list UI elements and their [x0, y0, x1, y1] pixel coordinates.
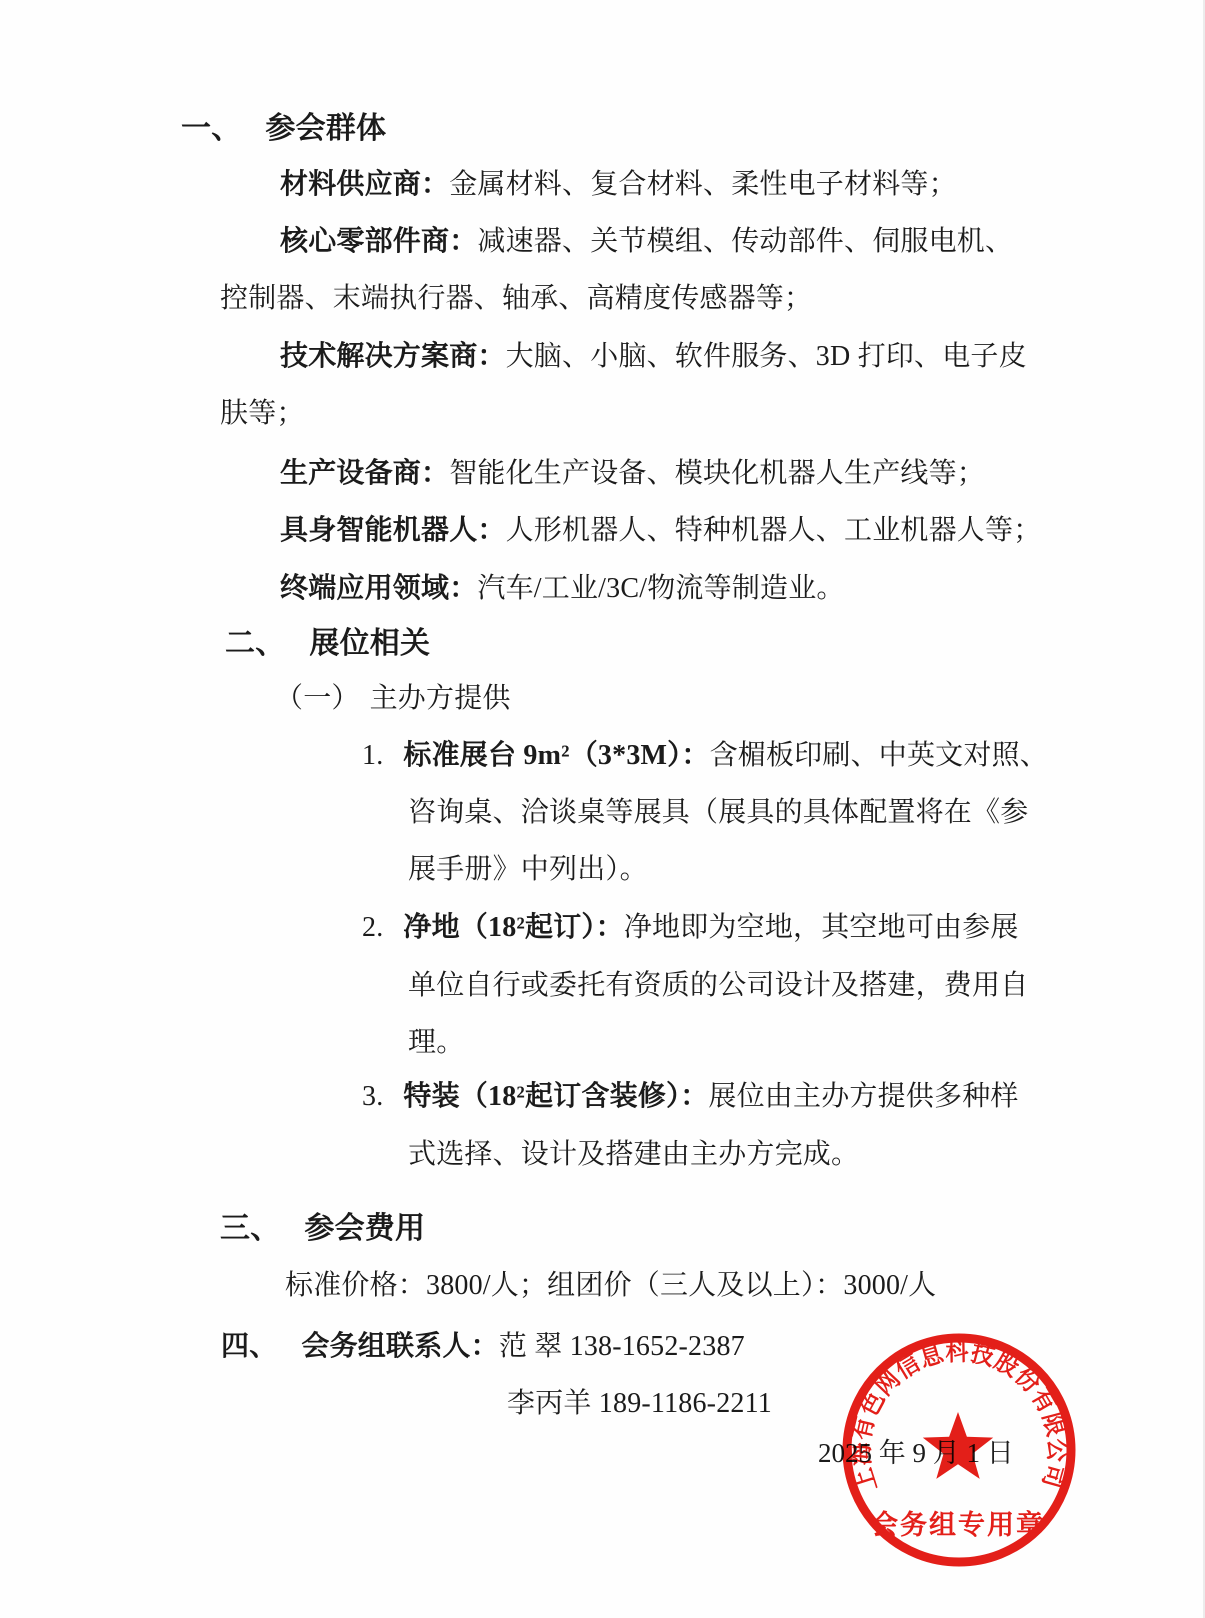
text-segment: 标准价格：3800/人；组团价（三人及以上）：3000/人: [285, 1270, 936, 1301]
booth-item-1-line-3: 展手册》中列出）。: [408, 855, 648, 884]
date-line: 2025 年 9 月 1 日: [818, 1440, 1014, 1467]
text-segment: 金属材料、复合材料、柔性电子材料等；: [449, 169, 957, 200]
booth-item-3-line-1: 3.特装（18²起订含装修）：展位由主办方提供多种样: [362, 1082, 1019, 1111]
text-segment: 参会群体: [265, 112, 386, 145]
organizer-provides-heading: （一）主办方提供: [275, 684, 511, 713]
text-segment: 展位由主办方提供多种样: [708, 1081, 1018, 1112]
end-application-line: 终端应用领域：汽车/工业/3C/物流等制造业。: [280, 574, 845, 603]
text-segment: 主办方提供: [370, 683, 511, 714]
text-segment: 单位自行或委托有资质的公司设计及搭建，费用自: [408, 970, 1028, 1001]
booth-item-2-line-3: 理。: [408, 1028, 464, 1057]
stamp-company-arc-text: 上海有色网信息科技股份有限公司: [846, 1337, 1072, 1496]
text-segment: 四、: [221, 1331, 277, 1362]
text-segment: 标准展台 9m²（3*3M）：: [403, 740, 709, 771]
section-3-heading: 三、参会费用: [220, 1213, 425, 1245]
core-components-line-1: 核心零部件商：减速器、关节模组、传动部件、伺服电机、: [280, 227, 1013, 256]
text-segment: 会务组联系人：: [301, 1331, 498, 1362]
text-segment: 核心零部件商：: [280, 226, 477, 257]
text-segment: 理。: [408, 1027, 464, 1058]
text-segment: 终端应用领域：: [280, 573, 477, 604]
text-segment: 肤等；: [220, 398, 305, 429]
text-segment: 三、: [220, 1212, 280, 1245]
booth-item-3-line-2: 式选择、设计及搭建由主办方完成。: [408, 1140, 859, 1169]
text-segment: 2.: [362, 912, 383, 943]
tech-solution-line-1: 技术解决方案商：大脑、小脑、软件服务、3D 打印、电子皮: [280, 342, 1027, 371]
text-segment: 智能化生产设备、模块化机器人生产线等；: [449, 458, 985, 489]
text-segment: 净地（18²起订）：: [403, 912, 623, 943]
text-segment: 控制器、末端执行器、轴承、高精度传感器等；: [220, 283, 812, 314]
text-segment: 1.: [362, 740, 383, 771]
text-segment: 材料供应商：: [280, 169, 449, 200]
tech-solution-line-2: 肤等；: [220, 399, 305, 428]
text-segment: 大脑、小脑、软件服务、3D 打印、电子皮: [506, 341, 1027, 372]
text-segment: 生产设备商：: [280, 458, 449, 489]
text-segment: 3.: [362, 1081, 383, 1112]
text-segment: 范 翠 138-1652-2387: [499, 1331, 745, 1362]
text-segment: 具身智能机器人：: [280, 515, 506, 546]
production-equipment-line: 生产设备商：智能化生产设备、模块化机器人生产线等；: [280, 459, 985, 488]
text-segment: 人形机器人、特种机器人、工业机器人等；: [506, 515, 1042, 546]
text-segment: 式选择、设计及搭建由主办方完成。: [408, 1139, 859, 1170]
booth-item-1-line-2: 咨询桌、洽谈桌等展具（展具的具体配置将在《参: [408, 798, 1028, 827]
price-line: 标准价格：3800/人；组团价（三人及以上）：3000/人: [285, 1271, 936, 1300]
text-segment: （一）: [275, 683, 360, 714]
contacts-line-2: 李丙羊 189-1186-2211: [507, 1389, 772, 1418]
text-segment: 参会费用: [304, 1212, 425, 1245]
text-segment: 展位相关: [309, 627, 430, 660]
section-1-heading: 一、参会群体: [181, 113, 386, 145]
section-4-contacts-line-1: 四、会务组联系人：范 翠 138-1652-2387: [221, 1332, 745, 1361]
document-page: 一、参会群体材料供应商：金属材料、复合材料、柔性电子材料等；核心零部件商：减速器…: [0, 0, 1205, 1618]
text-segment: 展手册》中列出）。: [408, 854, 648, 885]
text-segment: 含楣板印刷、中英文对照、: [710, 740, 1048, 771]
core-components-line-2: 控制器、末端执行器、轴承、高精度传感器等；: [220, 284, 812, 313]
stamp-caption-text: 会务组专用章: [871, 1509, 1045, 1540]
embodied-robot-line: 具身智能机器人：人形机器人、特种机器人、工业机器人等；: [280, 516, 1041, 545]
booth-item-1-line-1: 1.标准展台 9m²（3*3M）：含楣板印刷、中英文对照、: [362, 741, 1048, 770]
material-suppliers-line: 材料供应商：金属材料、复合材料、柔性电子材料等；: [280, 170, 957, 199]
text-segment: 咨询桌、洽谈桌等展具（展具的具体配置将在《参: [408, 797, 1028, 828]
booth-item-2-line-2: 单位自行或委托有资质的公司设计及搭建，费用自: [408, 971, 1028, 1000]
booth-item-2-line-1: 2.净地（18²起订）：净地即为空地，其空地可由参展: [362, 913, 1019, 942]
section-2-heading: 二、展位相关: [225, 628, 430, 660]
text-segment: 汽车/工业/3C/物流等制造业。: [477, 573, 844, 604]
text-segment: 二、: [225, 627, 285, 660]
text-segment: 特装（18²起订含装修）：: [403, 1081, 708, 1112]
text-segment: 减速器、关节模组、传动部件、伺服电机、: [477, 226, 1013, 257]
text-segment: 技术解决方案商：: [280, 341, 506, 372]
text-segment: 一、: [181, 112, 241, 145]
text-segment: 李丙羊 189-1186-2211: [507, 1388, 772, 1419]
text-segment: 净地即为空地，其空地可由参展: [624, 912, 1019, 943]
